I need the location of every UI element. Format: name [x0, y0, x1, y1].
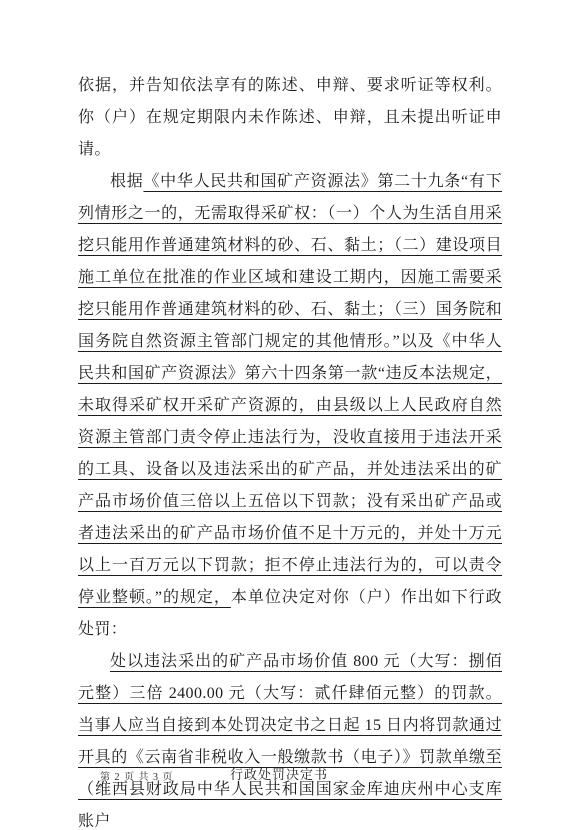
document-body: 依据，并告知依法享有的陈述、申辩、要求听证等权利。你（户）在规定期限内未作陈述、… [78, 70, 502, 830]
text-segment: 根据 [110, 173, 143, 190]
page-footer: 第 2 页 共 3 页 行政处罚决定书 [0, 762, 584, 786]
paragraph-hearing-rights: 依据，并告知依法享有的陈述、申辩、要求听证等权利。你（户）在规定期限内未作陈述、… [78, 70, 502, 166]
paragraph-legal-basis: 根据《中华人民共和国矿产资源法》第二十九条“有下列情形之一的，无需取得采矿权：（… [78, 166, 502, 646]
text-segment: 依据，并告知依法享有的陈述、申辩、要求听证等权利。你（户）在规定期限内未作陈述、… [78, 77, 502, 158]
footer-doc-title: 行政处罚决定书 [230, 764, 328, 783]
underlined-law-citation-text: 《中华人民共和国矿产资源法》第二十九条“有下列情形之一的，无需取得采矿权：（一）… [78, 173, 502, 606]
paragraph-penalty-decision: 处以违法采出的矿产品市场价值 800 元（大写：捌佰元整）三倍 2400.00 … [78, 646, 502, 830]
underlined-penalty-text: 处以违法采出的矿产品市场价值 800 元（大写：捌佰元整）三倍 2400.00 … [78, 653, 502, 830]
document-page: 依据，并告知依法享有的陈述、申辩、要求听证等权利。你（户）在规定期限内未作陈述、… [0, 0, 584, 830]
page-number: 第 2 页 共 3 页 [100, 768, 174, 783]
